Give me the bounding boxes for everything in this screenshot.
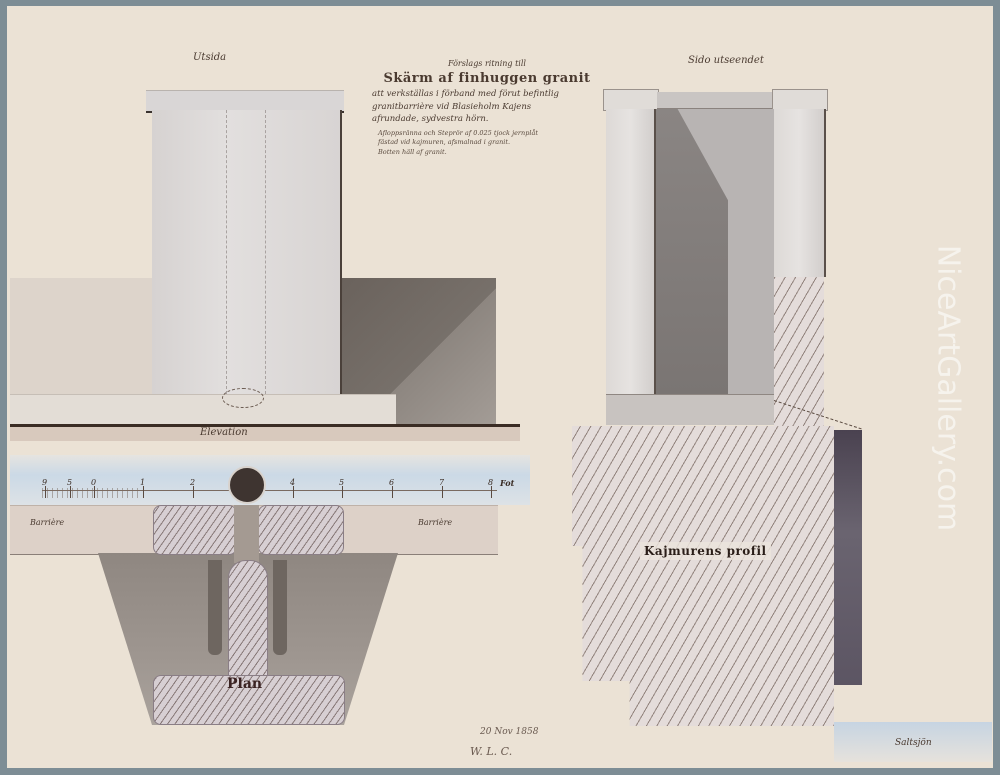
salt-water-label: Saltsjön — [895, 738, 932, 748]
title-main: Skärm af finhuggen granit — [372, 72, 602, 85]
drawing-date: 20 Nov 1858 — [480, 727, 538, 737]
watermark: NiceArtGallery.com — [928, 225, 968, 550]
plan-block-top-left — [153, 505, 237, 555]
title-note-2: fästad vid kajmuren, afsmalnad i granit. — [378, 139, 602, 146]
drain-channel — [234, 505, 259, 563]
front-elevation-heading: Utsida — [193, 52, 226, 63]
scale-tick: 2 — [190, 478, 195, 487]
quay-profile-label: Kajmurens profil — [640, 542, 771, 560]
right-column — [774, 109, 826, 277]
scale-tick: 5 — [67, 478, 72, 487]
title-line-4: granitbarrière vid Blasieholm Kajens — [372, 103, 602, 112]
right-cap — [772, 89, 828, 111]
quay-wall-section — [572, 426, 834, 726]
title-line-5: afrundade, sydvestra hörn. — [372, 115, 602, 124]
scale-tick: 8 — [488, 478, 493, 487]
plan-stem — [228, 560, 268, 682]
scale-unit: Fot — [500, 478, 514, 488]
plan-label: Plan — [227, 676, 262, 692]
barrier-label-right: Barrière — [418, 518, 452, 527]
scale-tick: 7 — [439, 478, 444, 487]
title-note-1: Afloppsränna och Steprör af 0.025 tjock … — [378, 130, 602, 137]
side-base-slab — [606, 394, 774, 425]
barrier-label-left: Barrière — [30, 518, 64, 527]
scale-tick: 0 — [91, 478, 96, 487]
title-line-3: att verkställas i förband med förut befi… — [372, 90, 602, 99]
guide-line — [265, 110, 266, 394]
granite-screen-pillar — [152, 110, 342, 394]
title-note-3: Botten häll af granit. — [378, 149, 602, 156]
elevation-label: Elevation — [200, 427, 248, 438]
base-slab — [10, 394, 396, 425]
scale-tick: 1 — [140, 478, 145, 487]
drain-outline — [222, 388, 264, 408]
quay-dark-face — [834, 430, 862, 685]
left-cap — [603, 89, 659, 111]
left-column — [606, 109, 656, 394]
title-block: Förslags ritning till Skärm af finhuggen… — [372, 60, 602, 155]
signature-initials: W. L. C. — [470, 745, 512, 758]
middle-cap — [657, 92, 772, 109]
scale-tick: 5 — [339, 478, 344, 487]
drain-pipe-circle — [228, 466, 266, 504]
plan-groove-right — [273, 560, 287, 655]
scale-tick: 9 — [42, 478, 47, 487]
plan-groove-left — [208, 560, 222, 655]
right-column-section — [774, 277, 824, 427]
title-line-1: Förslags ritning till — [372, 60, 602, 68]
elevation-label-band — [10, 427, 520, 441]
scale-tick: 4 — [290, 478, 295, 487]
scale-tick: 6 — [389, 478, 394, 487]
guide-line — [226, 110, 227, 394]
plan-block-top-right — [258, 505, 344, 555]
scale-bar-subdivisions — [42, 488, 142, 498]
side-elevation-heading: Sido utseendet — [688, 55, 764, 66]
